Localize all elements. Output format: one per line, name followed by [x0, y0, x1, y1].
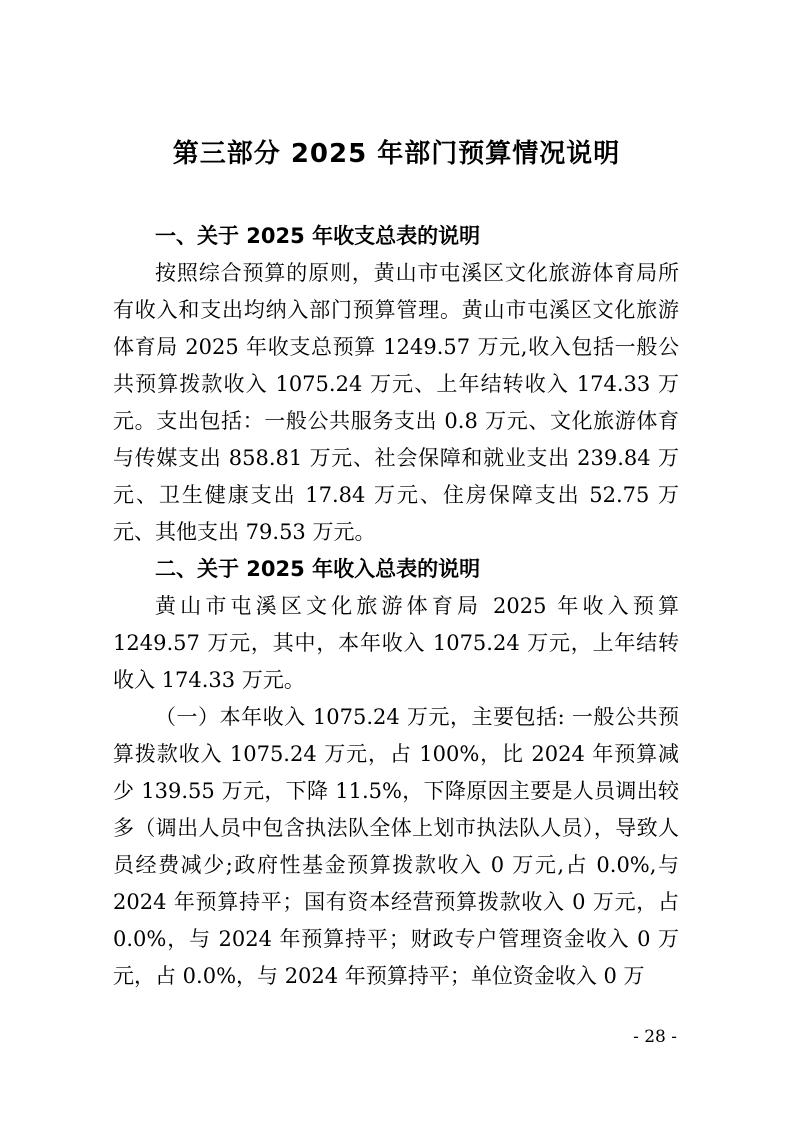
section-heading-income-table: 二、关于 2025 年收入总表的说明 — [113, 551, 679, 588]
document-body: 一、关于 2025 年收支总表的说明 按照综合预算的原则，黄山市屯溪区文化旅游体… — [113, 218, 679, 995]
document-page: 第三部分 2025 年部门预算情况说明 一、关于 2025 年收支总表的说明 按… — [0, 0, 793, 1122]
page-number: - 28 - — [633, 1027, 677, 1047]
document-title: 第三部分 2025 年部门预算情况说明 — [0, 136, 793, 173]
paragraph-income-detail: （一）本年收入 1075.24 万元，主要包括: 一般公共预算拨款收入 1075… — [113, 699, 679, 995]
section-heading-income-expenditure: 一、关于 2025 年收支总表的说明 — [113, 218, 679, 255]
paragraph-budget-overview: 按照综合预算的原则，黄山市屯溪区文化旅游体育局所有收入和支出均纳入部门预算管理。… — [113, 255, 679, 551]
paragraph-income-summary: 黄山市屯溪区文化旅游体育局 2025 年收入预算 1249.57 万元，其中，本… — [113, 588, 679, 699]
